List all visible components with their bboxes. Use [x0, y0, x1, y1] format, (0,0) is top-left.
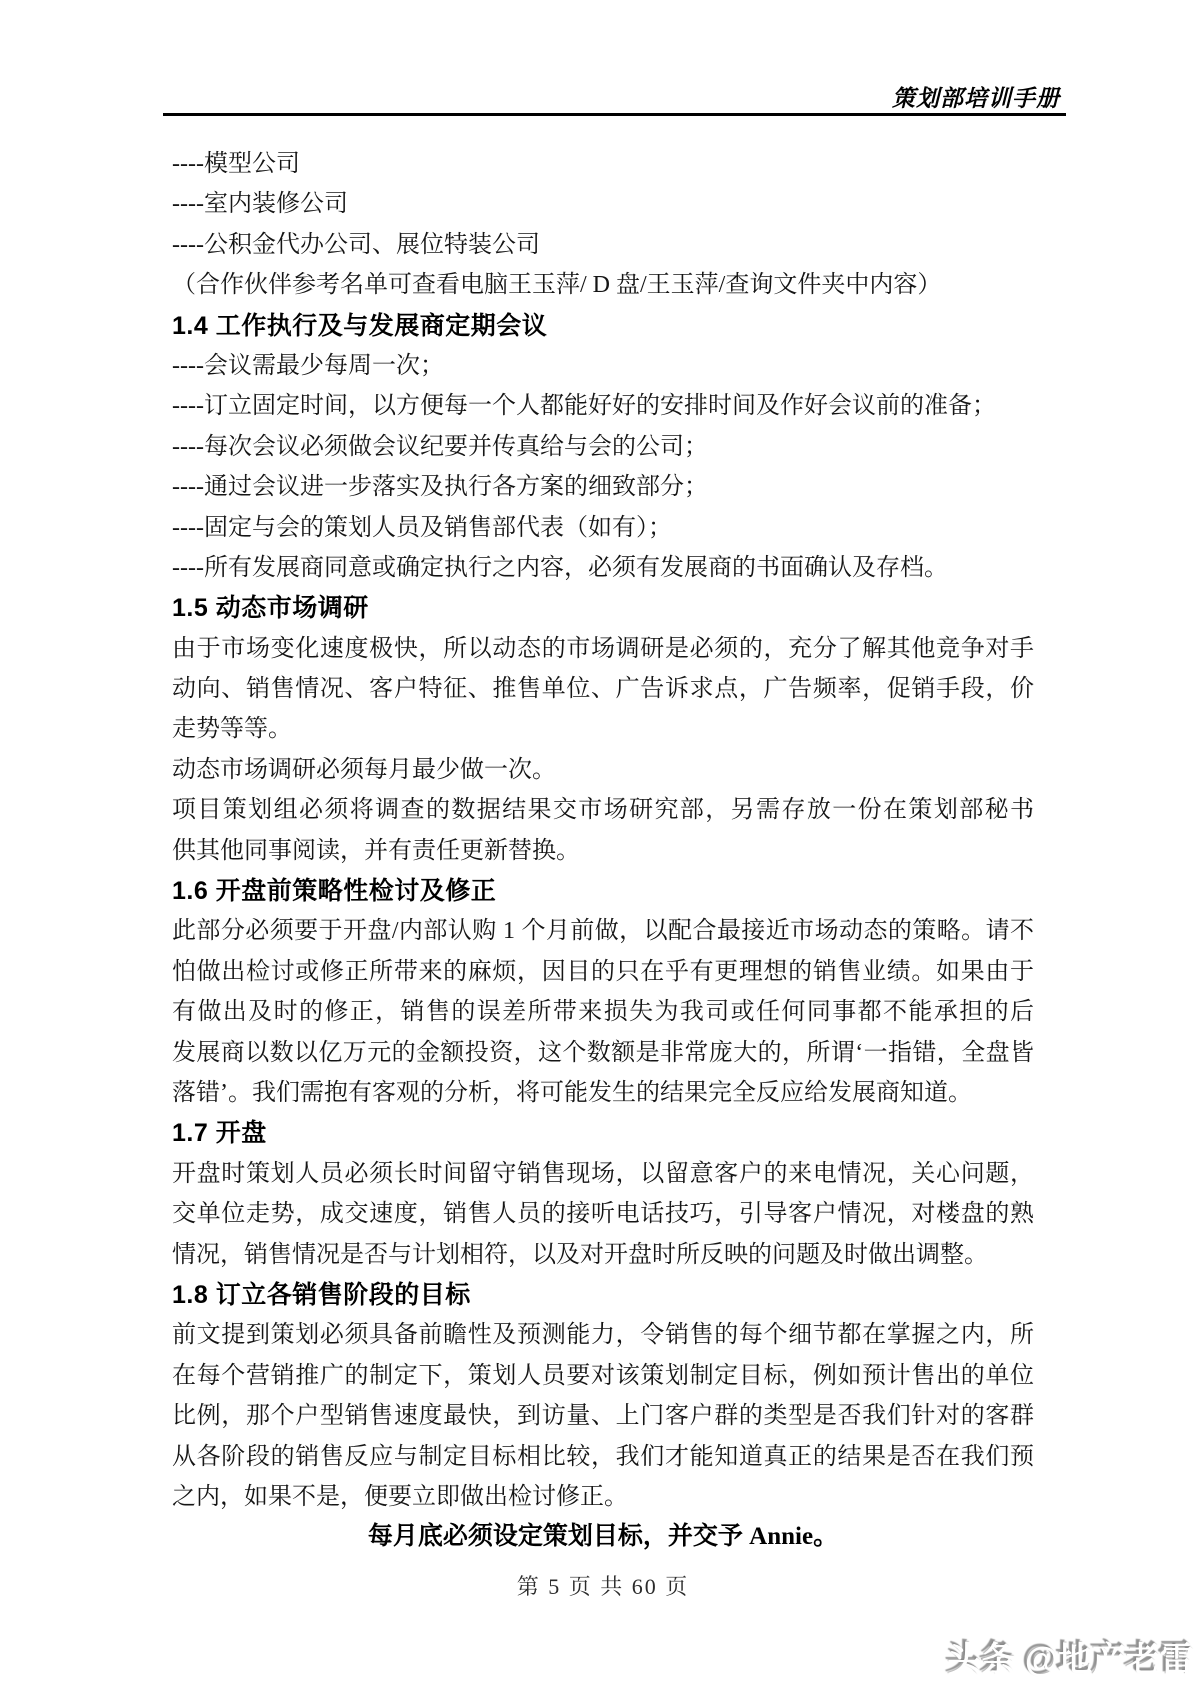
- toutiao-watermark: 头条 @地产老雷: [947, 1632, 1194, 1681]
- monthly-target-directive: 每月底必须设定策划目标，并交予 Annie。: [172, 1517, 1034, 1557]
- text-line: 此部分必须要于开盘/内部认购 1 个月前做，以配合最接近市场动态的策略。请不要: [172, 911, 1034, 951]
- text-line: 之内，如果不是，便要立即做出检讨修正。: [172, 1477, 1034, 1517]
- text-line: 动态市场调研必须每月最少做一次。: [172, 750, 1034, 790]
- section-heading-1-6: 1.6 开盘前策略性检讨及修正: [172, 871, 1034, 911]
- text-line: 交单位走势，成交速度，销售人员的接听电话技巧，引导客户情况，对楼盘的熟悉: [172, 1194, 1034, 1234]
- text-line: ----订立固定时间，以方便每一个人都能好好的安排时间及作好会议前的准备；: [172, 386, 1034, 426]
- text-line: （合作伙伴参考名单可查看电脑王玉萍/ D 盘/王玉萍/查询文件夹中内容）: [172, 265, 1034, 305]
- document-header-title: 策划部培训手册: [892, 80, 1060, 113]
- text-line: ----每次会议必须做会议纪要并传真给与会的公司；: [172, 427, 1034, 467]
- text-line: ----公积金代办公司、展位特装公司: [172, 225, 1034, 265]
- text-line: 前文提到策划必须具备前瞻性及预测能力，令销售的每个细节都在掌握之内，所以: [172, 1315, 1034, 1355]
- header-divider-rule: [163, 113, 1066, 116]
- section-heading-1-8: 1.8 订立各销售阶段的目标: [172, 1275, 1034, 1315]
- section-heading-1-4: 1.4 工作执行及与发展商定期会议: [172, 306, 1034, 346]
- document-body: ----模型公司 ----室内装修公司 ----公积金代办公司、展位特装公司 （…: [172, 144, 1034, 1558]
- text-line: 怕做出检讨或修正所带来的麻烦，因目的只在乎有更理想的销售业绩。如果由于没: [172, 952, 1034, 992]
- text-line: 由于市场变化速度极快，所以动态的市场调研是必须的，充分了解其他竞争对手的: [172, 629, 1034, 669]
- text-line: 发展商以数以亿万元的金额投资，这个数额是非常庞大的，所谓‘一指错，全盘皆: [172, 1033, 1034, 1073]
- text-line: 比例，那个户型销售速度最快，到访量、上门客户群的类型是否我们针对的客群等，: [172, 1396, 1034, 1436]
- text-line: 动向、销售情况、客户特征、推售单位、广告诉求点，广告频率，促销手段，价格: [172, 669, 1034, 709]
- document-page: 策划部培训手册 ----模型公司 ----室内装修公司 ----公积金代办公司、…: [0, 0, 1200, 1697]
- text-line: ----室内装修公司: [172, 184, 1034, 224]
- text-line: 供其他同事阅读，并有责任更新替换。: [172, 831, 1034, 871]
- text-line: ----模型公司: [172, 144, 1034, 184]
- text-line: 在每个营销推广的制定下，策划人员要对该策划制定目标，例如预计售出的单位的: [172, 1356, 1034, 1396]
- text-line: ----会议需最少每周一次；: [172, 346, 1034, 386]
- text-line: 有做出及时的修正，销售的误差所带来损失为我司或任何同事都不能承担的后果。: [172, 992, 1034, 1032]
- text-line: 情况，销售情况是否与计划相符，以及对开盘时所反映的问题及时做出调整。: [172, 1235, 1034, 1275]
- text-line: ----通过会议进一步落实及执行各方案的细致部分；: [172, 467, 1034, 507]
- text-line: 开盘时策划人员必须长时间留守销售现场，以留意客户的来电情况，关心问题，成: [172, 1154, 1034, 1194]
- text-line: ----固定与会的策划人员及销售部代表（如有）；: [172, 508, 1034, 548]
- text-line: 走势等等。: [172, 709, 1034, 749]
- text-line: ----所有发展商同意或确定执行之内容，必须有发展商的书面确认及存档。: [172, 548, 1034, 588]
- text-line: 落错’。我们需抱有客观的分析，将可能发生的结果完全反应给发展商知道。: [172, 1073, 1034, 1113]
- page-number-footer: 第 5 页 共 60 页: [172, 1570, 1034, 1601]
- text-line: 项目策划组必须将调查的数据结果交市场研究部，另需存放一份在策划部秘书处，: [172, 790, 1034, 830]
- section-heading-1-5: 1.5 动态市场调研: [172, 588, 1034, 628]
- section-heading-1-7: 1.7 开盘: [172, 1113, 1034, 1153]
- text-line: 从各阶段的销售反应与制定目标相比较，我们才能知道真正的结果是否在我们预见: [172, 1437, 1034, 1477]
